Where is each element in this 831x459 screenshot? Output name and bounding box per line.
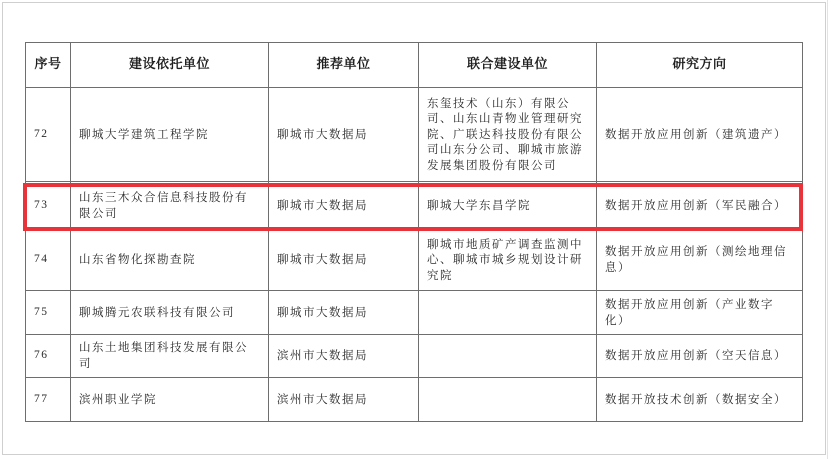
cell-host-unit: 山东省物化探勘查院 [71, 230, 269, 291]
cell-serial-number: 76 [26, 335, 71, 378]
cell-research-direction: 数据开放应用创新（空天信息） [597, 335, 803, 378]
header-joint-units: 联合建设单位 [419, 43, 597, 88]
cell-recommender: 滨州市大数据局 [269, 378, 419, 422]
cell-host-unit: 聊城大学建筑工程学院 [71, 88, 269, 182]
cell-serial-number: 74 [26, 230, 71, 291]
cell-joint-units: 聊城大学东昌学院 [419, 182, 597, 230]
cell-recommender: 聊城市大数据局 [269, 291, 419, 335]
cell-research-direction: 数据开放应用创新（产业数字化） [597, 291, 803, 335]
cell-serial-number: 75 [26, 291, 71, 335]
table-row-highlighted: 73 山东三木众合信息科技股份有限公司 聊城市大数据局 聊城大学东昌学院 数据开… [26, 182, 803, 230]
cell-research-direction: 数据开放应用创新（军民融合） [597, 182, 803, 230]
header-recommender: 推荐单位 [269, 43, 419, 88]
cell-research-direction: 数据开放技术创新（数据安全） [597, 378, 803, 422]
page-edge-divider [827, 0, 828, 459]
cell-research-direction: 数据开放应用创新（测绘地理信息） [597, 230, 803, 291]
units-table: 序号 建设依托单位 推荐单位 联合建设单位 研究方向 72 聊城大学建筑工程学院… [25, 42, 803, 422]
cell-research-direction: 数据开放应用创新（建筑遗产） [597, 88, 803, 182]
cell-host-unit: 滨州职业学院 [71, 378, 269, 422]
table-row: 75 聊城腾元农联科技有限公司 聊城市大数据局 数据开放应用创新（产业数字化） [26, 291, 803, 335]
cell-serial-number: 72 [26, 88, 71, 182]
table-row: 76 山东土地集团科技发展有限公司 滨州市大数据局 数据开放应用创新（空天信息） [26, 335, 803, 378]
table-row: 74 山东省物化探勘查院 聊城市大数据局 聊城市地质矿产调查监测中心、聊城市城乡… [26, 230, 803, 291]
cell-recommender: 聊城市大数据局 [269, 230, 419, 291]
cell-joint-units: 东玺技术（山东）有限公司、山东山青物业管理研究院、广联达科技股份有限公司山东分公… [419, 88, 597, 182]
header-host-unit: 建设依托单位 [71, 43, 269, 88]
cell-host-unit: 山东土地集团科技发展有限公司 [71, 335, 269, 378]
cell-joint-units: 聊城市地质矿产调查监测中心、聊城市城乡规划设计研究院 [419, 230, 597, 291]
table-row: 77 滨州职业学院 滨州市大数据局 数据开放技术创新（数据安全） [26, 378, 803, 422]
cell-joint-units [419, 335, 597, 378]
table-row: 72 聊城大学建筑工程学院 聊城市大数据局 东玺技术（山东）有限公司、山东山青物… [26, 88, 803, 182]
cell-joint-units [419, 378, 597, 422]
cell-recommender: 聊城市大数据局 [269, 182, 419, 230]
cell-serial-number: 77 [26, 378, 71, 422]
header-research-direction: 研究方向 [597, 43, 803, 88]
cell-host-unit: 聊城腾元农联科技有限公司 [71, 291, 269, 335]
table-header-row: 序号 建设依托单位 推荐单位 联合建设单位 研究方向 [26, 43, 803, 88]
header-serial-number: 序号 [26, 43, 71, 88]
cell-joint-units [419, 291, 597, 335]
cell-serial-number: 73 [26, 182, 71, 230]
cell-recommender: 聊城市大数据局 [269, 88, 419, 182]
cell-recommender: 滨州市大数据局 [269, 335, 419, 378]
cell-host-unit: 山东三木众合信息科技股份有限公司 [71, 182, 269, 230]
